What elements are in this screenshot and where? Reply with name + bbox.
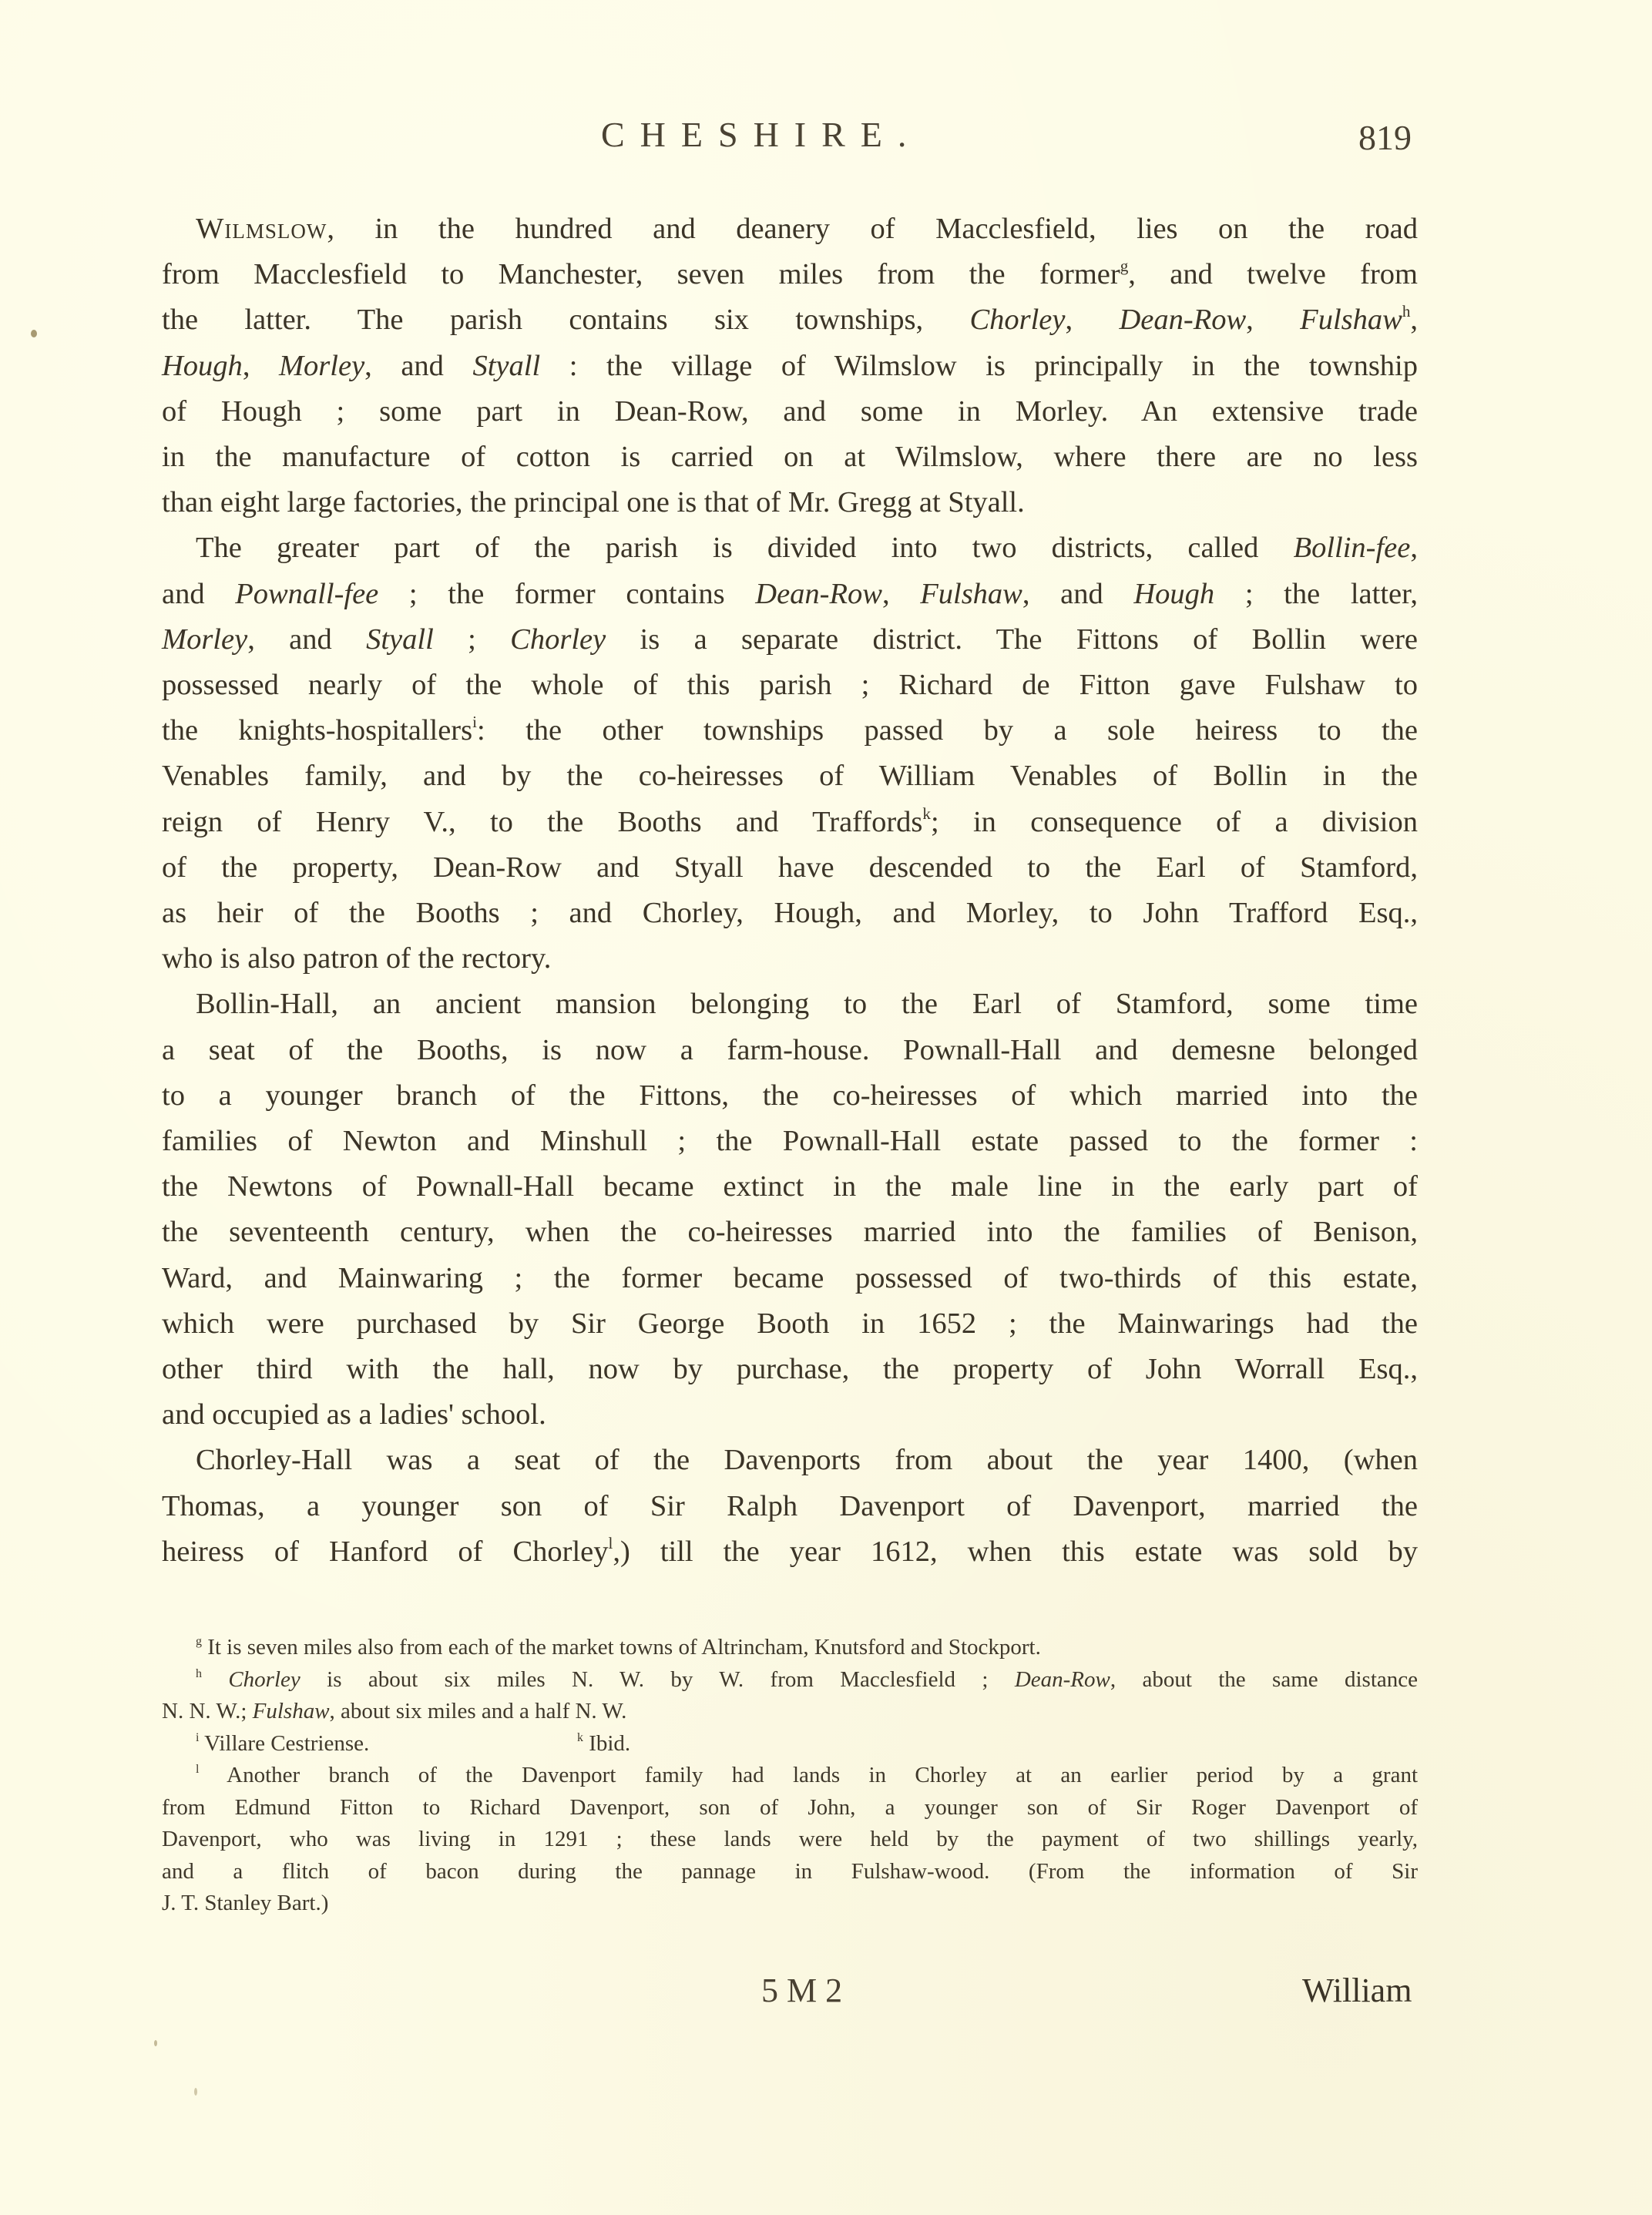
text-run: is a separate district. The Fittons of B… xyxy=(606,623,1418,656)
footnote-reference: k xyxy=(922,804,931,823)
paragraph: Wilmslow, in the hundred and deanery of … xyxy=(162,206,1418,525)
text-line: possessed nearly of the whole of this pa… xyxy=(162,663,1418,708)
text-run: and xyxy=(162,578,235,610)
footnote-marker: h xyxy=(196,1667,202,1680)
footnote-reference: h xyxy=(1402,303,1411,321)
text-run: than eight large factories, the principa… xyxy=(162,486,1025,519)
italic-text: Dean-Row xyxy=(1120,304,1247,336)
text-run: , xyxy=(1246,304,1300,336)
italic-text: Chorley xyxy=(228,1667,300,1692)
italic-text: Pownall-fee xyxy=(235,578,378,610)
footnote-g: g It is seven miles also from each of th… xyxy=(162,1632,1418,1664)
text-run: the knights-hospitallers xyxy=(162,714,472,747)
text-line: heiress of Hanford of Chorleyl,) till th… xyxy=(162,1529,1418,1575)
text-run: who is also patron of the rectory. xyxy=(162,942,551,975)
body-text: Wilmslow, in the hundred and deanery of … xyxy=(162,206,1418,1575)
small-caps-text: Wilmslow xyxy=(196,213,327,245)
italic-text: Hough xyxy=(162,350,243,382)
footnote-h-line1: h Chorley is about six miles N. W. by W.… xyxy=(162,1664,1418,1696)
text-run: , xyxy=(1066,304,1120,336)
italic-text: Morley xyxy=(162,623,247,656)
text-run: , xyxy=(882,578,920,610)
text-run: from Macclesfield to Manchester, seven m… xyxy=(162,258,1120,290)
footnote-i: i Villare Cestriense. xyxy=(162,1728,577,1760)
text-run: to a younger branch of the Fittons, the … xyxy=(162,1079,1418,1112)
italic-text: Bollin-fee xyxy=(1294,532,1411,564)
text-run: ,) till the year 1612, when this estate … xyxy=(613,1535,1418,1568)
text-line: families of Newton and Minshull ; the Po… xyxy=(162,1119,1418,1164)
text-run: , and twelve from xyxy=(1128,258,1418,290)
paper-speck xyxy=(194,2088,197,2096)
footnote-text: It is seven miles also from each of the … xyxy=(207,1635,1041,1660)
page-number: 819 xyxy=(1358,117,1412,158)
text-line: the knights-hospitallersi: the other tow… xyxy=(162,708,1418,753)
italic-text: Dean-Row xyxy=(755,578,882,610)
text-run: Thomas, a younger son of Sir Ralph Daven… xyxy=(162,1490,1418,1522)
text-run: , about six miles and a half N. W. xyxy=(330,1699,627,1723)
text-run: which were purchased by Sir George Booth… xyxy=(162,1307,1418,1340)
footnote-h-line2: N. N. W.; Fulshaw, about six miles and a… xyxy=(162,1696,1418,1728)
paragraph: The greater part of the parish is divide… xyxy=(162,525,1418,982)
text-run: , and xyxy=(247,623,366,656)
footnote-l-line1: l Another branch of the Davenport family… xyxy=(162,1760,1418,1792)
text-run: Venables family, and by the co-heiresses… xyxy=(162,760,1418,792)
text-line: as heir of the Booths ; and Chorley, Hou… xyxy=(162,891,1418,936)
text-run: Bollin-Hall, an ancient mansion belongin… xyxy=(196,988,1418,1020)
italic-text: Fulshaw xyxy=(920,578,1022,610)
text-line: Bollin-Hall, an ancient mansion belongin… xyxy=(162,982,1418,1027)
text-run: a seat of the Booths, is now a farm-hous… xyxy=(162,1034,1418,1066)
italic-text: Styall xyxy=(472,350,540,382)
footnote-l-line5: J. T. Stanley Bart.) xyxy=(162,1888,1418,1920)
text-line: and occupied as a ladies' school. xyxy=(162,1392,1418,1438)
text-run: ; xyxy=(434,623,510,656)
text-run: The greater part of the parish is divide… xyxy=(196,532,1294,564)
footnote-text: Chorley is about six miles N. W. by W. f… xyxy=(228,1667,1418,1692)
text-line: Wilmslow, in the hundred and deanery of … xyxy=(162,206,1418,252)
text-line: Hough, Morley, and Styall : the village … xyxy=(162,344,1418,389)
text-line: in the manufacture of cotton is carried … xyxy=(162,435,1418,480)
text-line: the seventeenth century, when the co-hei… xyxy=(162,1210,1418,1255)
text-run: reign of Henry V., to the Booths and Tra… xyxy=(162,806,922,838)
footnote-text: Ibid. xyxy=(589,1731,630,1756)
text-line: than eight large factories, the principa… xyxy=(162,480,1418,525)
footnote-text: Villare Cestriense. xyxy=(204,1731,369,1756)
text-line: reign of Henry V., to the Booths and Tra… xyxy=(162,800,1418,845)
footnote-text: Another branch of the Davenport family h… xyxy=(227,1763,1418,1787)
footnote-l-line4: and a flitch of bacon during the pannage… xyxy=(162,1856,1418,1888)
paragraph: Bollin-Hall, an ancient mansion belongin… xyxy=(162,982,1418,1438)
footnote-l-line2: from Edmund Fitton to Richard Davenport,… xyxy=(162,1792,1418,1824)
paper-speck xyxy=(31,330,37,337)
footnotes: g It is seven miles also from each of th… xyxy=(162,1632,1418,1920)
footnote-marker: l xyxy=(196,1763,199,1776)
text-line: Venables family, and by the co-heiresses… xyxy=(162,753,1418,799)
text-line: other third with the hall, now by purcha… xyxy=(162,1347,1418,1392)
text-line: and Pownall-fee ; the former contains De… xyxy=(162,572,1418,617)
text-run: , and xyxy=(364,350,472,382)
text-line: The greater part of the parish is divide… xyxy=(162,525,1418,571)
text-run: Ward, and Mainwaring ; the former became… xyxy=(162,1262,1418,1294)
text-run: the latter. The parish contains six town… xyxy=(162,304,969,336)
text-run: of Hough ; some part in Dean-Row, and so… xyxy=(162,395,1418,428)
text-line: Ward, and Mainwaring ; the former became… xyxy=(162,1256,1418,1301)
footnote-i-k-row: i Villare Cestriense. k Ibid. xyxy=(162,1728,1418,1760)
text-run: : the village of Wilmslow is principally… xyxy=(540,350,1418,382)
italic-text: Morley xyxy=(279,350,364,382)
text-run: ; the latter, xyxy=(1214,578,1418,610)
text-line: of Hough ; some part in Dean-Row, and so… xyxy=(162,389,1418,435)
text-line: the Newtons of Pownall-Hall became extin… xyxy=(162,1164,1418,1210)
text-run: heiress of Hanford of Chorley xyxy=(162,1535,608,1568)
text-line: a seat of the Booths, is now a farm-hous… xyxy=(162,1028,1418,1073)
footnote-marker: i xyxy=(196,1731,199,1744)
text-line: who is also patron of the rectory. xyxy=(162,936,1418,982)
text-run: and occupied as a ladies' school. xyxy=(162,1398,546,1431)
text-line: to a younger branch of the Fittons, the … xyxy=(162,1073,1418,1119)
italic-text: Fulshaw xyxy=(1300,304,1402,336)
text-run: : the other townships passed by a sole h… xyxy=(477,714,1418,747)
italic-text: Styall xyxy=(366,623,434,656)
text-run: as heir of the Booths ; and Chorley, Hou… xyxy=(162,897,1418,929)
text-run: , xyxy=(1410,304,1418,336)
footnote-k: k Ibid. xyxy=(577,1728,630,1760)
footnote-marker: k xyxy=(577,1731,583,1744)
paragraph: Chorley-Hall was a seat of the Davenport… xyxy=(162,1438,1418,1575)
text-run: Chorley-Hall was a seat of the Davenport… xyxy=(196,1444,1418,1476)
text-run: , about the same distance xyxy=(1110,1667,1418,1692)
text-run: , and xyxy=(1022,578,1134,610)
italic-text: Dean-Row xyxy=(1015,1667,1110,1692)
catchword: William xyxy=(1302,1971,1412,2010)
text-line: of the property, Dean-Row and Styall hav… xyxy=(162,845,1418,891)
footnote-reference: g xyxy=(1120,257,1129,275)
text-run: in the manufacture of cotton is carried … xyxy=(162,441,1418,473)
running-head-title: CHESHIRE. xyxy=(601,114,922,155)
text-line: Morley, and Styall ; Chorley is a separa… xyxy=(162,617,1418,663)
text-line: Chorley-Hall was a seat of the Davenport… xyxy=(162,1438,1418,1483)
signature-mark: 5 M 2 xyxy=(761,1971,842,2010)
text-line: from Macclesfield to Manchester, seven m… xyxy=(162,252,1418,297)
italic-text: Chorley xyxy=(510,623,606,656)
paper-speck xyxy=(154,2040,157,2046)
running-head: CHESHIRE. 819 xyxy=(162,114,1418,168)
text-line: the latter. The parish contains six town… xyxy=(162,297,1418,343)
text-run: ; the former contains xyxy=(378,578,755,610)
text-run: other third with the hall, now by purcha… xyxy=(162,1353,1418,1385)
text-run: the seventeenth century, when the co-hei… xyxy=(162,1216,1418,1248)
text-run: , in the hundred and deanery of Macclesf… xyxy=(327,213,1418,245)
text-run: possessed nearly of the whole of this pa… xyxy=(162,669,1418,701)
italic-text: Chorley xyxy=(969,304,1065,336)
text-run: N. N. W.; xyxy=(162,1699,253,1723)
text-run: ; in consequence of a division xyxy=(931,806,1418,838)
text-line: which were purchased by Sir George Booth… xyxy=(162,1301,1418,1347)
italic-text: Fulshaw xyxy=(253,1699,330,1723)
text-run: is about six miles N. W. by W. from Macc… xyxy=(301,1667,1015,1692)
text-run: , xyxy=(1410,532,1418,564)
text-run: families of Newton and Minshull ; the Po… xyxy=(162,1125,1418,1157)
footnote-marker: g xyxy=(196,1635,202,1648)
text-run: the Newtons of Pownall-Hall became extin… xyxy=(162,1170,1418,1203)
text-line: Thomas, a younger son of Sir Ralph Daven… xyxy=(162,1484,1418,1529)
text-run: of the property, Dean-Row and Styall hav… xyxy=(162,851,1418,884)
text-run: , xyxy=(243,350,279,382)
italic-text: Hough xyxy=(1133,578,1214,610)
footnote-l-line3: Davenport, who was living in 1291 ; thes… xyxy=(162,1824,1418,1856)
book-page: CHESHIRE. 819 Wilmslow, in the hundred a… xyxy=(0,0,1652,2215)
